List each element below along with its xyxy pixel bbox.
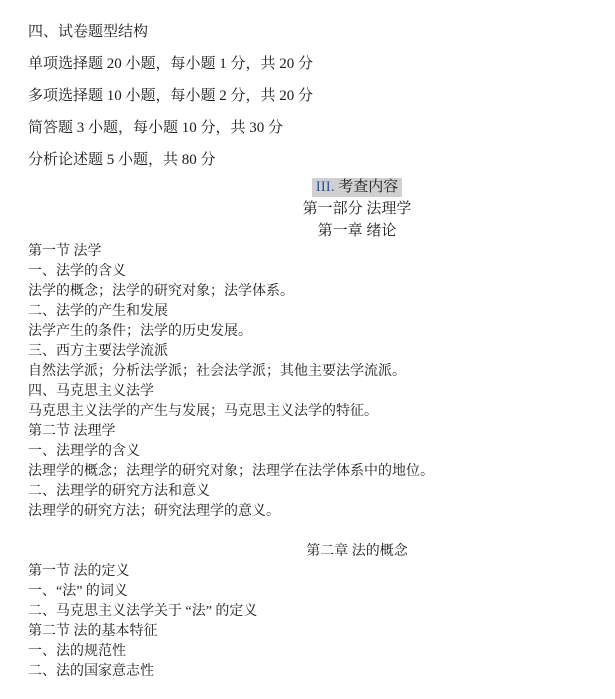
- exam-structure-title: 四、试卷题型结构: [0, 16, 615, 48]
- exam-structure-item-single-choice: 单项选择题 20 小题，每小题 1 分，共 20 分: [0, 48, 615, 80]
- chapter1-title: 第一章 绪论: [99, 220, 615, 242]
- chapter1-line: 一、法学的含义: [0, 262, 615, 282]
- chapter2-line: 第一节 法的定义: [0, 562, 615, 582]
- chapter2-line: 一、“法” 的词义: [0, 582, 615, 602]
- chapter1-line: 法理学的研究方法；研究法理学的意义。: [0, 502, 615, 522]
- chapter1-line: 法学产生的条件；法学的历史发展。: [0, 322, 615, 342]
- chapter1-line: 第二节 法理学: [0, 422, 615, 442]
- section-heading-numeral: III.: [316, 179, 335, 195]
- chapter1-line: 马克思主义法学的产生与发展；马克思主义法学的特征。: [0, 402, 615, 422]
- exam-structure-item-multi-choice: 多项选择题 10 小题，每小题 2 分，共 20 分: [0, 80, 615, 112]
- chapter1-line: 二、法学的产生和发展: [0, 302, 615, 322]
- chapter1-line: 二、法理学的研究方法和意义: [0, 482, 615, 502]
- chapter1-line: 第一节 法学: [0, 242, 615, 262]
- chapter2-line: 二、法的国家意志性: [0, 662, 615, 682]
- chapter1-line: 法理学的概念；法理学的研究对象；法理学在法学体系中的地位。: [0, 462, 615, 482]
- chapter2-title: 第二章 法的概念: [99, 542, 615, 562]
- chapter1-line: 自然法学派；分析法学派；社会法学派；其他主要法学流派。: [0, 362, 615, 382]
- section-heading-title: 考查内容: [334, 179, 398, 195]
- chapter1-line: 四、马克思主义法学: [0, 382, 615, 402]
- chapter1-line: 三、西方主要法学流派: [0, 342, 615, 362]
- chapter2-line: 第二节 法的基本特征: [0, 622, 615, 642]
- blank-line: [0, 522, 615, 542]
- section-heading: III. 考查内容: [99, 176, 615, 198]
- chapter2-line: 二、马克思主义法学关于 “法” 的定义: [0, 602, 615, 622]
- exam-structure-item-short-answer: 简答题 3 小题，每小题 10 分，共 30 分: [0, 112, 615, 144]
- document-page: 四、试卷题型结构 单项选择题 20 小题，每小题 1 分，共 20 分 多项选择…: [0, 0, 615, 682]
- exam-structure-item-essay: 分析论述题 5 小题，共 80 分: [0, 144, 615, 176]
- chapter1-line: 一、法理学的含义: [0, 442, 615, 462]
- part-title: 第一部分 法理学: [99, 198, 615, 220]
- chapter2-line: 一、法的规范性: [0, 642, 615, 662]
- section-heading-highlight: III. 考查内容: [312, 178, 403, 197]
- chapter1-line: 法学的概念；法学的研究对象；法学体系。: [0, 282, 615, 302]
